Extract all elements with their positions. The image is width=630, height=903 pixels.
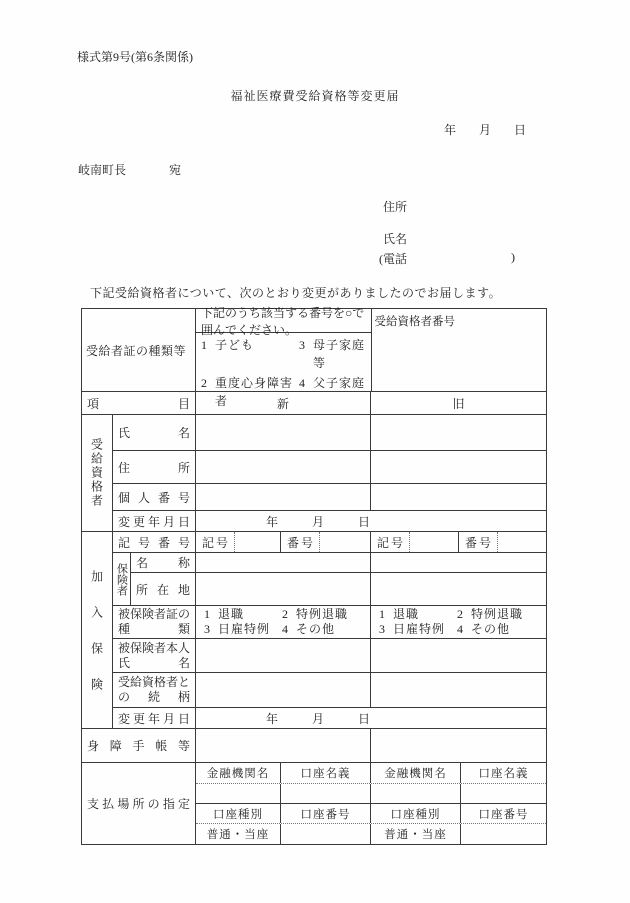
account-type-old-cell[interactable]: 普通・当座 (371, 824, 461, 844)
cert-type-options-cell[interactable]: 下記のうち該当する番号を○で囲んでください。 1 子ども 3 母子家庭等 2 重… (196, 309, 372, 391)
name-label: 氏名 (383, 230, 407, 247)
card-type-label-cell: 被保険者証の 種類 (113, 606, 196, 638)
bank-name-new-cell[interactable] (196, 784, 281, 803)
number-old-cell[interactable]: 番号 (459, 532, 546, 552)
insured-person-label-line1: 被保険者本人 (113, 641, 195, 656)
insured-person-old-cell[interactable] (371, 639, 546, 672)
phone-open-label: (電話 (379, 250, 407, 267)
insurer-location-old-cell[interactable] (371, 573, 546, 605)
account-no-old-header: 口座番号 (461, 804, 546, 823)
symbol-number-label-cell: 記号番号 (113, 532, 196, 552)
insurer-name-label: 名称 (131, 554, 195, 571)
holder-old-header: 口座名義 (461, 763, 546, 783)
cert-option-3-num: 3 (299, 336, 305, 372)
form-number: 様式第9号(第6条関係) (77, 48, 193, 65)
symbol-new-input-area[interactable] (234, 532, 280, 552)
column-header-row: 項目 新 旧 (82, 392, 546, 415)
payment-label: 支払場所の指定 (82, 795, 195, 812)
recipient-group-label-cell: 受給資格者 (82, 415, 113, 531)
recipient-address-label-cell: 住所 (113, 451, 196, 483)
item-header-label: 項目 (82, 395, 195, 412)
account-type-old-header: 口座種別 (371, 804, 461, 823)
cert-type-section: 受給者証の種類等 下記のうち該当する番号を○で囲んでください。 1 子ども 3 … (82, 309, 546, 392)
handbook-new-cell[interactable] (196, 729, 371, 762)
symbol-new-cell[interactable]: 記号 (196, 532, 281, 552)
bank-name-old-header: 金融機関名 (371, 763, 461, 783)
insurance-change-date-label: 変更年月日 (113, 710, 195, 727)
account-type-new-header: 口座種別 (196, 804, 281, 823)
account-no-new-header: 口座番号 (281, 804, 371, 823)
phone-close-label: ) (511, 250, 515, 267)
insurer-name-label-cell: 名称 (131, 553, 196, 572)
addressee-line: 岐南町長 宛 (78, 161, 181, 178)
insurance-date-year: 年 (266, 710, 278, 727)
phone-line: (電話 ) (379, 250, 515, 267)
cert-option-1[interactable]: 1 子ども (201, 336, 299, 372)
recipient-date-year: 年 (266, 513, 278, 530)
insurance-section: 加入保険 記号番号 記号 番号 記 (82, 532, 546, 729)
recipient-section: 受給資格者 氏名 住所 (82, 415, 546, 532)
cert-option-1-text: 子ども (215, 336, 254, 372)
insurance-change-date-cell[interactable]: 年 月 日 (196, 708, 546, 728)
insurance-group-label: 加入保険 (89, 570, 106, 714)
holder-new-header: 口座名義 (281, 763, 371, 783)
recipient-date-day: 日 (358, 513, 370, 530)
personal-number-label: 個人番号 (113, 489, 195, 506)
recipient-number-label: 受給資格者番号 (372, 309, 547, 329)
card-type-new-opt4: 4その他 (282, 622, 335, 637)
insured-person-label-line2: 氏名 (113, 656, 195, 671)
recipient-name-new-cell[interactable] (196, 415, 371, 450)
relation-label-line1: 受給資格者と (113, 675, 195, 690)
card-type-old-opt1: 1退職 (379, 607, 457, 622)
insurer-label-cell: 保険者 (113, 553, 131, 605)
handbook-label-cell: 身障手帳等 (82, 729, 196, 762)
address-label: 住所 (383, 198, 407, 215)
cert-option-3-text: 母子家庭等 (313, 336, 371, 372)
relation-new-cell[interactable] (196, 673, 371, 707)
personal-number-new-cell[interactable] (196, 484, 371, 510)
date-day-label: 日 (514, 121, 526, 138)
date-line: 年 月 日 (444, 121, 526, 138)
insurer-location-label-cell: 所在地 (131, 573, 196, 605)
insurance-date-month: 月 (312, 710, 324, 727)
card-type-old-cell[interactable]: 1退職 2特例退職 3日雇特例 4その他 (371, 606, 546, 638)
recipient-name-label: 氏名 (113, 424, 195, 441)
symbol-old-label: 記号 (371, 532, 409, 552)
number-new-cell[interactable]: 番号 (281, 532, 371, 552)
card-type-new-opt3: 3日雇特例 (204, 622, 282, 637)
new-column-header: 新 (196, 392, 371, 414)
recipient-date-month: 月 (312, 513, 324, 530)
number-new-input-area[interactable] (319, 532, 370, 552)
intro-sentence: 下記受給資格者について、次のとおり変更がありましたのでお届します。 (90, 284, 501, 301)
insured-person-label-cell: 被保険者本人 氏名 (113, 639, 196, 672)
cert-option-3[interactable]: 3 母子家庭等 (299, 336, 371, 372)
old-header-label: 旧 (452, 395, 464, 412)
symbol-old-cell[interactable]: 記号 (371, 532, 459, 552)
card-type-old-opt3: 3日雇特例 (379, 622, 457, 637)
old-column-header: 旧 (371, 392, 546, 414)
recipient-address-label: 住所 (113, 459, 195, 476)
cert-option-1-num: 1 (201, 336, 207, 372)
page-title: 福祉医療費受給資格等変更届 (0, 87, 630, 104)
symbol-number-label: 記号番号 (113, 534, 195, 551)
card-type-old-opt2: 2特例退職 (457, 607, 523, 622)
symbol-new-label: 記号 (196, 532, 234, 552)
account-no-new-cell[interactable] (281, 824, 371, 844)
cert-type-instruction: 下記のうち該当する番号を○で囲んでください。 (196, 309, 371, 333)
handbook-label: 身障手帳等 (82, 737, 195, 754)
change-form-table: 受給者証の種類等 下記のうち該当する番号を○で囲んでください。 1 子ども 3 … (81, 308, 547, 845)
number-old-label: 番号 (459, 532, 497, 552)
handbook-row: 身障手帳等 (82, 729, 546, 763)
relation-label-line2: の続柄 (113, 690, 195, 705)
insurer-location-label: 所在地 (131, 581, 195, 598)
holder-old-cell[interactable] (461, 784, 546, 803)
insurer-name-old-cell[interactable] (371, 553, 546, 572)
form-sheet: 様式第9号(第6条関係) 福祉医療費受給資格等変更届 年 月 日 岐南町長 宛 … (0, 0, 630, 903)
personal-number-old-cell[interactable] (371, 484, 546, 510)
insurer-name-new-cell[interactable] (196, 553, 371, 572)
insurer-group: 保険者 名称 所在地 (113, 553, 546, 606)
date-year-label: 年 (444, 121, 456, 138)
payment-label-cell: 支払場所の指定 (82, 763, 196, 844)
recipient-name-label-cell: 氏名 (113, 415, 196, 450)
personal-number-label-cell: 個人番号 (113, 484, 196, 510)
insurer-location-new-cell[interactable] (196, 573, 371, 605)
symbol-old-input-area[interactable] (409, 532, 458, 552)
account-type-new-cell[interactable]: 普通・当座 (196, 824, 281, 844)
bank-name-old-cell[interactable] (371, 784, 461, 803)
relation-old-cell[interactable] (371, 673, 546, 707)
insurance-date-day: 日 (358, 710, 370, 727)
new-header-label: 新 (277, 395, 289, 412)
card-type-label-line1: 被保険者証の (113, 607, 195, 622)
recipient-change-date-label-cell: 変更年月日 (113, 511, 196, 531)
payment-section: 支払場所の指定 金融機関名 口座名義 金融機関名 口座名義 口座種別 口座 (82, 763, 546, 844)
holder-new-cell[interactable] (281, 784, 371, 803)
card-type-old-opt4: 4その他 (457, 622, 510, 637)
recipient-name-old-cell[interactable] (371, 415, 546, 450)
insured-person-new-cell[interactable] (196, 639, 371, 672)
cert-type-label-cell: 受給者証の種類等 (82, 309, 196, 391)
cert-type-label: 受給者証の種類等 (82, 342, 190, 359)
number-old-input-area[interactable] (497, 532, 546, 552)
account-no-old-cell[interactable] (461, 824, 546, 844)
date-month-label: 月 (479, 121, 491, 138)
card-type-label-line2: 種類 (113, 622, 195, 637)
number-new-label: 番号 (281, 532, 319, 552)
insurance-group-label-cell: 加入保険 (82, 532, 113, 728)
recipient-number-cell[interactable]: 受給資格者番号 (372, 309, 547, 391)
item-column-header: 項目 (82, 392, 196, 414)
addressee: 岐南町長 (78, 161, 126, 178)
handbook-old-cell[interactable] (371, 729, 546, 762)
recipient-address-old-cell[interactable] (371, 451, 546, 483)
card-type-new-opt1: 1退職 (204, 607, 282, 622)
recipient-group-label: 受給資格者 (89, 438, 106, 508)
recipient-change-date-label: 変更年月日 (113, 513, 195, 530)
card-type-new-opt2: 2特例退職 (282, 607, 348, 622)
recipient-address-new-cell[interactable] (196, 451, 371, 483)
insurer-label: 保険者 (114, 563, 130, 596)
recipient-change-date-cell[interactable]: 年 月 日 (196, 511, 546, 531)
card-type-new-cell[interactable]: 1退職 2特例退職 3日雇特例 4その他 (196, 606, 371, 638)
insurance-change-date-label-cell: 変更年月日 (113, 708, 196, 728)
relation-label-cell: 受給資格者と の続柄 (113, 673, 196, 707)
addressee-suffix: 宛 (169, 161, 181, 178)
bank-name-new-header: 金融機関名 (196, 763, 281, 783)
